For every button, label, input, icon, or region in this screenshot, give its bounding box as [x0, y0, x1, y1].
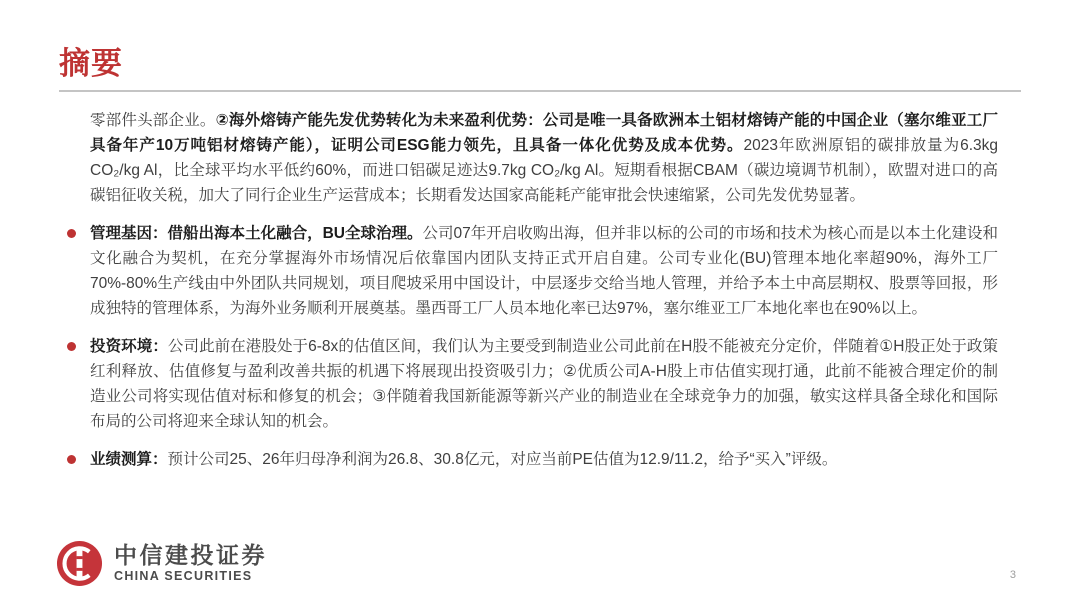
- bullet-paragraph: 业绩测算：预计公司25、26年归母净利润为26.8、30.8亿元，对应当前PE估…: [60, 447, 998, 472]
- page-title: 摘要: [59, 38, 123, 83]
- paragraph: 零部件头部企业。②海外熔铸产能先发优势转化为未来盈利优势：公司是唯一具备欧洲本土…: [60, 108, 998, 208]
- bullet-dot-icon: [67, 229, 76, 238]
- bullet-dot-icon: [67, 455, 76, 464]
- emphasis-text: 投资环境：: [90, 338, 168, 355]
- title-divider: [59, 90, 1021, 92]
- emphasis-text: 业绩测算：: [90, 451, 168, 468]
- logo-en-name: CHINA SECURITIES: [114, 570, 267, 584]
- bullet-dot-icon: [67, 342, 76, 351]
- emphasis-text: 管理基因：借船出海本土化融合，BU全球治理。: [90, 225, 423, 242]
- logo-text: 中信建投证券 CHINA SECURITIES: [114, 543, 267, 584]
- body-text: 公司此前在港股处于6-8x的估值区间，我们认为主要受到制造业公司此前在H股不能被…: [90, 338, 998, 430]
- csc-emblem-icon: [56, 540, 103, 587]
- bullet-paragraph: 管理基因：借船出海本土化融合，BU全球治理。公司07年开启收购出海，但并非以标的…: [60, 221, 998, 321]
- report-slide: 摘要 零部件头部企业。②海外熔铸产能先发优势转化为未来盈利优势：公司是唯一具备欧…: [0, 0, 1080, 599]
- summary-content: 零部件头部企业。②海外熔铸产能先发优势转化为未来盈利优势：公司是唯一具备欧洲本土…: [60, 108, 998, 485]
- body-text: 预计公司25、26年归母净利润为26.8、30.8亿元，对应当前PE估值为12.…: [168, 451, 838, 468]
- bullet-paragraph: 投资环境：公司此前在港股处于6-8x的估值区间，我们认为主要受到制造业公司此前在…: [60, 334, 998, 434]
- logo-cn-name: 中信建投证券: [114, 543, 267, 568]
- footer-branding: 中信建投证券 CHINA SECURITIES: [56, 540, 267, 587]
- body-text: 零部件头部企业。: [90, 112, 216, 129]
- page-number: 3: [1010, 569, 1016, 581]
